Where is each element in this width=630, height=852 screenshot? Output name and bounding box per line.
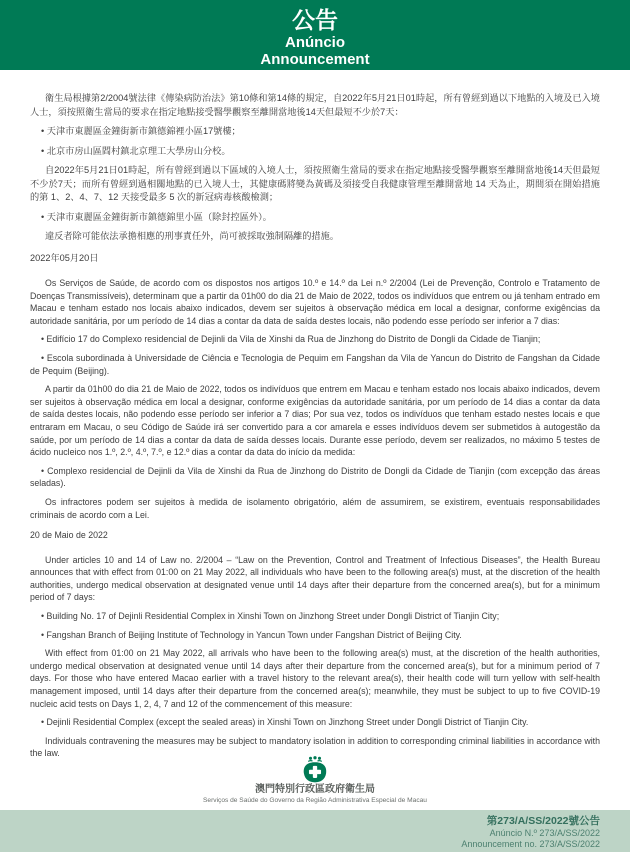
announcement-number-english: Announcement no. 273/A/SS/2022 [0, 839, 600, 850]
zh-date: 2022年05月20日 [30, 252, 600, 266]
pt-paragraph-3: Os infractores podem ser sujeitos à medi… [30, 496, 600, 521]
pt-bullet-item: • Complexo residencial de Dejinli da Vil… [30, 465, 600, 490]
health-bureau-logo-icon [0, 756, 630, 783]
english-section: Under articles 10 and 14 of Law no. 2/20… [30, 554, 600, 781]
pt-paragraph-1: Os Serviços de Saúde, de acordo com os d… [30, 277, 600, 327]
chinese-section: 衛生局根據第2/2004號法律《傳染病防治法》第10條和第14條的規定，自202… [30, 92, 600, 265]
issuer-name-portuguese: Serviços de Saúde do Governo da Região A… [0, 796, 630, 805]
zh-bullet-item: • 天津市東麗區金鐘街新市鎮德錦裡小區17號樓； [30, 125, 600, 139]
en-paragraph-2: With effect from 01:00 on 21 May 2022, a… [30, 647, 600, 710]
title-portuguese: Anúncio [0, 34, 630, 51]
zh-bullet-item: • 北京市房山區閻村鎮北京理工大學房山分校。 [30, 145, 600, 159]
pt-bullet-item: • Escola subordinada à Universidade de C… [30, 352, 600, 377]
pt-date: 20 de Maio de 2022 [30, 529, 600, 542]
zh-paragraph-3: 違反者除可能依法承擔相應的刑事責任外，尚可被採取強制隔離的措施。 [30, 230, 600, 244]
document-footer: 澳門特別行政區政府衛生局 Serviços de Saúde do Govern… [0, 756, 630, 852]
title-english: Announcement [0, 51, 630, 68]
header-banner: 公告 Anúncio Announcement [0, 0, 630, 70]
en-bullet-item: • Dejinli Residential Complex (except th… [30, 716, 600, 729]
issuer-name-chinese: 澳門特別行政區政府衛生局 [0, 784, 630, 796]
announcement-number-chinese: 第273/A/SS/2022號公告 [0, 815, 600, 828]
title-chinese: 公告 [0, 7, 630, 34]
pt-bullet-item: • Edifício 17 do Complexo residencial de… [30, 333, 600, 346]
en-paragraph-1: Under articles 10 and 14 of Law no. 2/20… [30, 554, 600, 604]
document-body: 衛生局根據第2/2004號法律《傳染病防治法》第10條和第14條的規定，自202… [0, 70, 630, 781]
zh-bullet-item: • 天津市東麗區金鐘街新市鎮德錦里小區（除封控區外）。 [30, 211, 600, 225]
en-bullet-item: • Building No. 17 of Dejinli Residential… [30, 610, 600, 623]
portuguese-section: Os Serviços de Saúde, de acordo com os d… [30, 277, 600, 542]
announcement-number-portuguese: Anúncio N.º 273/A/SS/2022 [0, 828, 600, 839]
en-bullet-item: • Fangshan Branch of Beijing Institute o… [30, 629, 600, 642]
zh-paragraph-1: 衛生局根據第2/2004號法律《傳染病防治法》第10條和第14條的規定，自202… [30, 92, 600, 119]
issuer-block: 澳門特別行政區政府衛生局 Serviços de Saúde do Govern… [0, 756, 630, 810]
pt-paragraph-2: A partir da 01h00 do dia 21 de Maio de 2… [30, 383, 600, 459]
announcement-document: 公告 Anúncio Announcement 衛生局根據第2/2004號法律《… [0, 0, 630, 852]
reference-band: 第273/A/SS/2022號公告 Anúncio N.º 273/A/SS/2… [0, 810, 630, 852]
zh-paragraph-2: 自2022年5月21日01時起，所有曾經到過以下區域的入境人士，須按照衛生當局的… [30, 164, 600, 205]
